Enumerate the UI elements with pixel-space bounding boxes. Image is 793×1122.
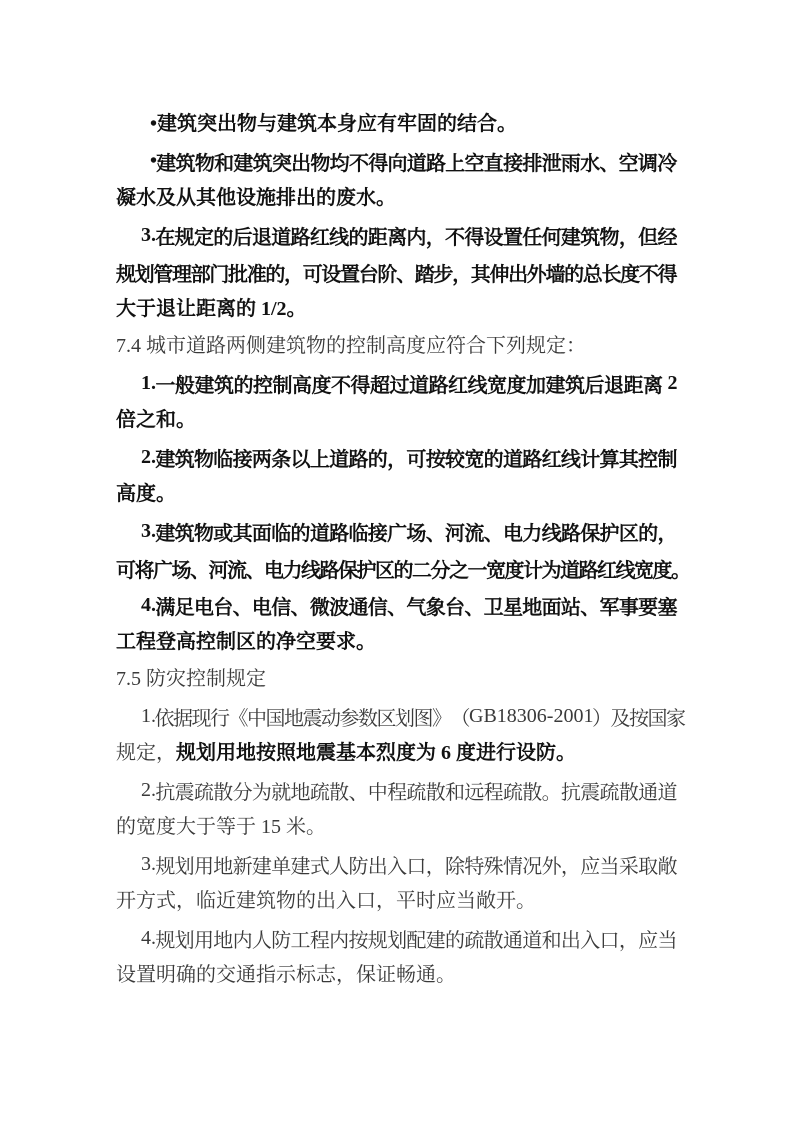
text-token: 防 bbox=[348, 850, 368, 879]
text-token: 为 bbox=[252, 776, 272, 805]
item-7-5-3-line-1: 3.规划用地新建单建式人防出入口，除特殊情况外，应当采取敞 bbox=[116, 846, 676, 883]
text-token: 通 bbox=[503, 924, 523, 953]
text-token: 设 bbox=[321, 258, 341, 287]
text-token: 线 bbox=[468, 369, 488, 398]
text-token: 筑 bbox=[175, 443, 195, 472]
text-token: 2. bbox=[141, 446, 156, 469]
text-token: ， bbox=[619, 924, 639, 953]
text-token: 路 bbox=[429, 369, 449, 398]
text-token: 置 bbox=[503, 221, 523, 250]
text-token: 建 bbox=[195, 369, 215, 398]
text-token: 台 bbox=[359, 258, 379, 287]
text-segment: 倍之和。 bbox=[116, 409, 196, 431]
text-token: 事 bbox=[619, 591, 639, 620]
text-token: 宽 bbox=[464, 443, 484, 472]
text-token: 建 bbox=[233, 147, 253, 176]
text-token: 批 bbox=[228, 258, 248, 287]
text-token: 疏 bbox=[464, 924, 484, 953]
text-token: 路 bbox=[522, 443, 542, 472]
text-token: 置 bbox=[340, 258, 360, 287]
text-token: 制 bbox=[273, 369, 293, 398]
text-token: 离 bbox=[643, 369, 663, 398]
text-token: 口 bbox=[406, 850, 426, 879]
text-segment: 的宽度大于等于 15 米。 bbox=[116, 816, 326, 838]
text-token: 高 bbox=[292, 369, 312, 398]
text-token: 塞 bbox=[657, 591, 677, 620]
text-token: 3. bbox=[141, 520, 156, 543]
text-segment: 高度。 bbox=[116, 483, 176, 505]
text-token: 其 bbox=[233, 517, 253, 546]
text-token: 其 bbox=[619, 443, 639, 472]
text-token: 中 bbox=[247, 702, 267, 731]
text-token: 上 bbox=[310, 443, 330, 472]
text-token: 接 bbox=[503, 147, 523, 176]
text-token: 口 bbox=[600, 924, 620, 953]
text-segment: 7.5 防灾控制规定 bbox=[116, 668, 266, 690]
text-token: 泄 bbox=[542, 147, 562, 176]
text-token: 道 bbox=[271, 221, 291, 250]
text-token: 得 bbox=[657, 258, 677, 287]
text-token: 特 bbox=[464, 850, 484, 879]
text-token: 气 bbox=[406, 591, 426, 620]
text-token: 散 bbox=[619, 776, 639, 805]
item-7-5-2-line-2: 的宽度大于等于 15 米。 bbox=[116, 809, 676, 846]
text-token: 规 bbox=[155, 850, 175, 879]
text-token: 波 bbox=[329, 591, 349, 620]
text-token: 过 bbox=[390, 369, 410, 398]
item-7-5-4-line-1: 4.规划用地内人防工程内按规划配建的疏散通道和出入口，应当 bbox=[116, 920, 676, 957]
text-token: 划 bbox=[135, 258, 155, 287]
text-token: 规 bbox=[175, 221, 195, 250]
text-token: 用 bbox=[194, 924, 214, 953]
text-token: 广 bbox=[153, 554, 173, 583]
text-token: 退 bbox=[252, 221, 272, 250]
text-token: 河 bbox=[209, 554, 229, 583]
text-token: 通 bbox=[348, 591, 368, 620]
text-token: 要 bbox=[638, 591, 658, 620]
text-segment: 工程登高控制区的净空要求。 bbox=[116, 631, 376, 653]
text-token: 区 bbox=[375, 554, 395, 583]
text-token: 路 bbox=[579, 554, 599, 583]
text-token: 和 bbox=[445, 776, 465, 805]
text-token: 其 bbox=[471, 258, 491, 287]
text-token: 殊 bbox=[484, 850, 504, 879]
text-token: 除 bbox=[445, 850, 465, 879]
text-token: 及 bbox=[610, 702, 630, 731]
text-token: 度 bbox=[620, 258, 640, 287]
text-token: 度 bbox=[507, 369, 527, 398]
text-token: 、 bbox=[233, 591, 253, 620]
text-token: 。 bbox=[671, 554, 691, 583]
text-token: 突 bbox=[272, 147, 292, 176]
text-token: 红 bbox=[597, 554, 617, 583]
text-token: ， bbox=[561, 850, 581, 879]
text-token: 红 bbox=[310, 221, 330, 250]
text-token: 规 bbox=[368, 924, 388, 953]
text-token: 为 bbox=[542, 554, 562, 583]
text-token: 按 bbox=[629, 702, 649, 731]
text-token: 流 bbox=[464, 517, 484, 546]
item-7-5-3-line-2: 开方式，临近建筑物的出入口，平时应当敞开。 bbox=[116, 883, 676, 920]
text-token: 、 bbox=[190, 554, 210, 583]
clause-3-line-2: 规划管理部门批准的，可设置台阶、踏步，其伸出外墙的总长度不得 bbox=[116, 254, 676, 291]
text-token: 信 bbox=[271, 591, 291, 620]
text-token: 筑 bbox=[175, 517, 195, 546]
section-7-4-heading-line-1: 7.4 城市道路两侧建筑物的控制高度应符合下列规定： bbox=[116, 328, 676, 365]
text-token: 、 bbox=[464, 591, 484, 620]
text-token: 应 bbox=[580, 850, 600, 879]
text-token: 外 bbox=[542, 850, 562, 879]
text-token: 可 bbox=[303, 258, 323, 287]
text-token: 出 bbox=[368, 850, 388, 879]
text-token: 的 bbox=[265, 258, 285, 287]
text-token: 配 bbox=[406, 924, 426, 953]
text-token: 河 bbox=[445, 517, 465, 546]
text-token: 雨 bbox=[561, 147, 581, 176]
item-7-5-4-line-2: 设置明确的交通指示标志，保证畅通。 bbox=[116, 957, 676, 994]
text-token: 程 bbox=[387, 776, 407, 805]
text-token: 依 bbox=[155, 702, 175, 731]
text-token: 场 bbox=[172, 554, 192, 583]
text-token: 阶 bbox=[377, 258, 397, 287]
text-token: 站 bbox=[561, 591, 581, 620]
text-token: 路 bbox=[329, 517, 349, 546]
text-token: 划 bbox=[175, 924, 195, 953]
text-token: 经 bbox=[657, 221, 677, 250]
text-token: 保 bbox=[338, 554, 358, 583]
text-token: 路 bbox=[320, 554, 340, 583]
text-token: 一 bbox=[468, 554, 488, 583]
text-token: 采 bbox=[619, 850, 639, 879]
text-token: 的 bbox=[564, 258, 584, 287]
text-token: 流 bbox=[227, 554, 247, 583]
text-token: 临 bbox=[348, 517, 368, 546]
text-token: 程 bbox=[310, 924, 330, 953]
text-token: 地 bbox=[213, 850, 233, 879]
section-7-5-heading-line-1: 7.5 防灾控制规定 bbox=[116, 661, 676, 698]
text-token: 两 bbox=[252, 443, 272, 472]
text-token: 空 bbox=[619, 147, 639, 176]
text-token: 建 bbox=[156, 147, 176, 176]
text-token: 出 bbox=[291, 147, 311, 176]
text-token: 和 bbox=[214, 147, 234, 176]
text-token: 物 bbox=[310, 147, 330, 176]
text-token: 内 bbox=[406, 221, 426, 250]
text-token: 得 bbox=[464, 221, 484, 250]
text-token: 道 bbox=[560, 554, 580, 583]
text-token: 不 bbox=[349, 147, 369, 176]
text-token: 筑 bbox=[214, 369, 234, 398]
text-token: 》 bbox=[432, 702, 452, 731]
text-token: 门 bbox=[209, 258, 229, 287]
text-token: 不 bbox=[445, 221, 465, 250]
text-token: 军 bbox=[600, 591, 620, 620]
text-token: 离 bbox=[387, 221, 407, 250]
text-token: 新 bbox=[233, 850, 253, 879]
text-token: 4. bbox=[141, 927, 156, 950]
text-token: 场 bbox=[406, 517, 426, 546]
text-token: 敞 bbox=[657, 850, 677, 879]
text-token: 疏 bbox=[310, 776, 330, 805]
text-token: 物 bbox=[195, 147, 215, 176]
text-token: 入 bbox=[387, 850, 407, 879]
text-token: 出 bbox=[561, 924, 581, 953]
text-token: 护 bbox=[357, 554, 377, 583]
text-token: 用 bbox=[194, 850, 214, 879]
text-token: 一 bbox=[156, 369, 176, 398]
text-token: 外 bbox=[527, 258, 547, 287]
text-token: 卫 bbox=[484, 591, 504, 620]
text-segment: •建筑突出物与建筑本身应有牢固的结合。 bbox=[150, 113, 517, 135]
bullet-item-1-line-1: •建筑突出物与建筑本身应有牢固的结合。 bbox=[116, 106, 676, 143]
text-token: 电 bbox=[194, 591, 214, 620]
text-token: 出 bbox=[508, 258, 528, 287]
text-token: 道 bbox=[329, 443, 349, 472]
text-token: 将 bbox=[135, 554, 155, 583]
text-token: 规 bbox=[116, 258, 136, 287]
text-token: 条 bbox=[271, 443, 291, 472]
text-token: 据 bbox=[173, 702, 193, 731]
text-token: 路 bbox=[348, 443, 368, 472]
text-token: 力 bbox=[522, 517, 542, 546]
text-token: 建 bbox=[252, 850, 272, 879]
text-token: 长 bbox=[601, 258, 621, 287]
text-token: 冷 bbox=[657, 147, 677, 176]
text-token: 部 bbox=[191, 258, 211, 287]
text-token: 得 bbox=[368, 147, 388, 176]
text-token: 取 bbox=[638, 850, 658, 879]
text-token: 向 bbox=[387, 147, 407, 176]
text-token: 建 bbox=[546, 369, 566, 398]
text-token: 线 bbox=[542, 517, 562, 546]
text-token: 中 bbox=[368, 776, 388, 805]
text-token: 保 bbox=[580, 517, 600, 546]
text-token: 可 bbox=[116, 554, 136, 583]
text-token: 路 bbox=[291, 221, 311, 250]
text-token: 空 bbox=[465, 147, 485, 176]
text-token: 红 bbox=[448, 369, 468, 398]
item-7-4-1-line-2: 倍之和。 bbox=[116, 402, 676, 439]
text-token: 、 bbox=[426, 517, 446, 546]
text-token: 可 bbox=[406, 443, 426, 472]
text-token: 通 bbox=[638, 776, 658, 805]
text-token: 和 bbox=[542, 924, 562, 953]
text-token: 道 bbox=[409, 369, 429, 398]
text-token: 理 bbox=[172, 258, 192, 287]
text-token: 后 bbox=[233, 221, 253, 250]
text-token: 按 bbox=[426, 443, 446, 472]
text-token: 退 bbox=[604, 369, 624, 398]
item-7-5-2-line-1: 2.抗震疏散分为就地疏散、中程疏散和远程疏散。抗震疏散通道 bbox=[116, 772, 676, 809]
text-token: 划 bbox=[175, 850, 195, 879]
text-token: 在 bbox=[155, 221, 175, 250]
text-token: 分 bbox=[431, 554, 451, 583]
text-token: 的 bbox=[348, 221, 368, 250]
text-token: 后 bbox=[585, 369, 605, 398]
text-token: 何 bbox=[542, 221, 562, 250]
text-token: 星 bbox=[503, 591, 523, 620]
text-token: 、 bbox=[580, 591, 600, 620]
text-token: 入 bbox=[580, 924, 600, 953]
text-token: 建 bbox=[426, 924, 446, 953]
text-token: 地 bbox=[522, 591, 542, 620]
text-token: 上 bbox=[445, 147, 465, 176]
text-token: 象 bbox=[426, 591, 446, 620]
text-token: 台 bbox=[445, 591, 465, 620]
text-token: 道 bbox=[522, 924, 542, 953]
text-token: 得 bbox=[351, 369, 371, 398]
text-token: 电 bbox=[264, 554, 284, 583]
text-token: 远 bbox=[464, 776, 484, 805]
text-token: 疏 bbox=[600, 776, 620, 805]
text-token: 建 bbox=[155, 517, 175, 546]
text-token: ， bbox=[284, 258, 304, 287]
text-token: 划 bbox=[387, 924, 407, 953]
text-token: 墙 bbox=[545, 258, 565, 287]
text-token: 震 bbox=[175, 776, 195, 805]
text-token: 况 bbox=[522, 850, 542, 879]
text-token: 工 bbox=[291, 924, 311, 953]
text-token: 但 bbox=[638, 221, 658, 250]
clause-3-line-3: 大于退让距离的 1/2。 bbox=[116, 291, 676, 328]
text-token: 微 bbox=[310, 591, 330, 620]
text-token: ， bbox=[657, 517, 677, 546]
text-token: 、 bbox=[599, 147, 619, 176]
text-token: 之 bbox=[449, 554, 469, 583]
text-token: 当 bbox=[600, 850, 620, 879]
text-token: 图 bbox=[414, 702, 434, 731]
text-token: 建 bbox=[155, 443, 175, 472]
text-token: 广 bbox=[387, 517, 407, 546]
text-token: 道 bbox=[310, 517, 330, 546]
text-token: 面 bbox=[252, 517, 272, 546]
text-segment: 规定， bbox=[116, 742, 176, 764]
text-token: 般 bbox=[175, 369, 195, 398]
text-token: 直 bbox=[484, 147, 504, 176]
text-token: 水 bbox=[580, 147, 600, 176]
text-token: 红 bbox=[542, 443, 562, 472]
text-token: 临 bbox=[213, 443, 233, 472]
text-token: 准 bbox=[247, 258, 267, 287]
text-token: 现 bbox=[192, 702, 212, 731]
text-token: 的 bbox=[213, 221, 233, 250]
text-token: 临 bbox=[271, 517, 291, 546]
clause-3-line-1: 3.在规定的后退道路红线的距离内，不得设置任何建筑物，但经 bbox=[116, 217, 676, 254]
text-token: 伸 bbox=[489, 258, 509, 287]
text-token: 或 bbox=[213, 517, 233, 546]
text-token: 度 bbox=[505, 554, 525, 583]
text-token: 地 bbox=[284, 702, 304, 731]
text-token: 面 bbox=[542, 591, 562, 620]
text-segment: 7.4 城市道路两侧建筑物的控制高度应符合下列规定： bbox=[116, 335, 586, 357]
text-token: 内 bbox=[233, 924, 253, 953]
text-token: 散 bbox=[329, 776, 349, 805]
text-token: 内 bbox=[329, 924, 349, 953]
text-token: 线 bbox=[616, 554, 636, 583]
text-token: 接 bbox=[233, 443, 253, 472]
text-token: 4. bbox=[141, 594, 156, 617]
text-segment: 凝水及从其他设施排出的废水。 bbox=[116, 187, 396, 209]
item-7-4-4-line-1: 4.满足电台、电信、微波通信、气象台、卫星地面站、军事要塞 bbox=[116, 587, 676, 624]
text-token: 满 bbox=[155, 591, 175, 620]
text-token: ， bbox=[426, 221, 446, 250]
text-token: 制 bbox=[657, 443, 677, 472]
text-token: 人 bbox=[329, 850, 349, 879]
text-token: ， bbox=[387, 443, 407, 472]
text-token: 疏 bbox=[503, 776, 523, 805]
text-token: 设 bbox=[484, 221, 504, 250]
text-token: 抗 bbox=[561, 776, 581, 805]
text-token: 地 bbox=[213, 924, 233, 953]
item-7-5-1-line-2: 规定，规划用地按照地震基本烈度为 6 度进行设防。 bbox=[116, 735, 676, 772]
text-token: 筑 bbox=[176, 147, 196, 176]
text-token: ， bbox=[619, 221, 639, 250]
item-7-5-1-line-1: 1.依据现行《中国地震动参数区划图》（GB18306-2001）及按国家 bbox=[116, 698, 676, 735]
text-token: 、 bbox=[291, 591, 311, 620]
text-token: 宽 bbox=[487, 369, 507, 398]
text-token: 2. bbox=[141, 779, 156, 802]
text-token: 动 bbox=[321, 702, 341, 731]
text-token: 行 bbox=[210, 702, 230, 731]
text-token: 筑 bbox=[253, 147, 273, 176]
text-token: 区 bbox=[377, 702, 397, 731]
text-token: 定 bbox=[194, 221, 214, 250]
text-token: 路 bbox=[426, 147, 446, 176]
text-token: 散 bbox=[522, 776, 542, 805]
text-token: 台 bbox=[213, 591, 233, 620]
text-token: 划 bbox=[395, 702, 415, 731]
text-token: 单 bbox=[271, 850, 291, 879]
text-token: 步 bbox=[433, 258, 453, 287]
text-token: 不 bbox=[331, 369, 351, 398]
text-token: 较 bbox=[445, 443, 465, 472]
text-token: 震 bbox=[580, 776, 600, 805]
text-token: 震 bbox=[303, 702, 323, 731]
text-token: 的 bbox=[638, 517, 658, 546]
text-token: 算 bbox=[600, 443, 620, 472]
text-token: 、 bbox=[246, 554, 266, 583]
text-token: 道 bbox=[503, 443, 523, 472]
text-token: 家 bbox=[666, 702, 686, 731]
text-token: 线 bbox=[561, 443, 581, 472]
text-token: 。 bbox=[542, 776, 562, 805]
text-token: 调 bbox=[638, 147, 658, 176]
text-token: ， bbox=[452, 258, 472, 287]
text-token: 宽 bbox=[486, 554, 506, 583]
text-token: 物 bbox=[194, 443, 214, 472]
text-token: 力 bbox=[283, 554, 303, 583]
text-segment: 开方式，临近建筑物的出入口，平时应当敞开。 bbox=[116, 890, 536, 912]
text-token: 以 bbox=[291, 443, 311, 472]
text-token: 距 bbox=[368, 221, 388, 250]
text-segment: 大于退让距离的 1/2。 bbox=[116, 298, 307, 320]
text-token: 加 bbox=[526, 369, 546, 398]
item-7-4-1-line-1: 1.一般建筑的控制高度不得超过道路红线宽度加建筑后退距离 2 bbox=[116, 365, 676, 402]
bullet-item-2-line-1: •建筑物和建筑突出物均不得向道路上空直接排泄雨水、空调冷 bbox=[116, 143, 676, 180]
text-segment: 规划用地按照地震基本烈度为 6 度进行设防。 bbox=[176, 742, 576, 764]
text-token: 、 bbox=[387, 591, 407, 620]
item-7-4-4-line-2: 工程登高控制区的净空要求。 bbox=[116, 624, 676, 661]
text-token: 物 bbox=[600, 221, 620, 250]
item-7-4-3-line-1: 3.建筑物或其面临的道路临接广场、河流、电力线路保护区的， bbox=[116, 513, 676, 550]
text-token: 应 bbox=[638, 924, 658, 953]
text-token: 筑 bbox=[565, 369, 585, 398]
text-token: 、 bbox=[484, 517, 504, 546]
text-token: 区 bbox=[619, 517, 639, 546]
text-token: 人 bbox=[252, 924, 272, 953]
text-token: 1. bbox=[141, 372, 156, 395]
text-token: 散 bbox=[484, 924, 504, 953]
